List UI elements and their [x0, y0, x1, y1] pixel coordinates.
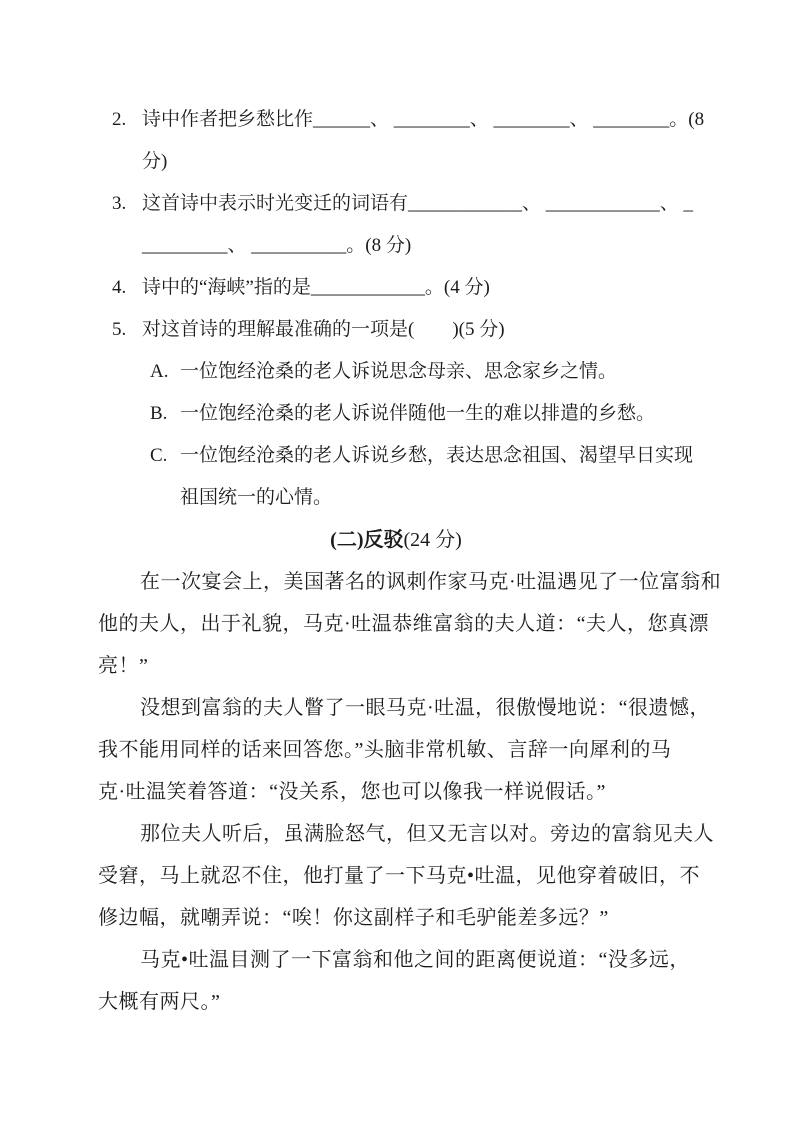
page-content: 2. 诗中作者把乡愁比作______、 ________、 ________、 …: [98, 99, 694, 1023]
question-line: _________、 __________。(8 分): [142, 225, 694, 267]
option-a: A. 一位饱经沧桑的老人诉说思念母亲、思念家乡之情。: [150, 351, 694, 393]
question-3: 3. 这首诗中表示时光变迁的词语有____________、 _________…: [112, 183, 694, 267]
passage-line: 修边幅，就嘲弄说：“唉！你这副样子和毛驴能差多远？”: [98, 897, 694, 939]
reading-passage: 在一次宴会上，美国著名的讽刺作家马克·吐温遇见了一位富翁和 他的夫人，出于礼貌，…: [98, 561, 694, 1023]
passage-paragraph: 马克•吐温目测了一下富翁和他之间的距离便说道：“没多远， 大概有两尺。”: [98, 939, 694, 1023]
question-body: 诗中的“海峡”指的是____________。(4 分): [142, 267, 694, 309]
question-line: 诗中的“海峡”指的是____________。(4 分): [142, 267, 694, 309]
section-heading-title: (二)反驳: [330, 529, 403, 551]
option-letter: B.: [150, 393, 180, 435]
question-line: 对这首诗的理解最准确的一项是( )(5 分): [142, 309, 694, 351]
option-letter: A.: [150, 351, 180, 393]
passage-paragraph: 那位夫人听后，虽满脸怒气，但又无言以对。旁边的富翁见夫人 受窘，马上就忍不住，他…: [98, 813, 694, 939]
option-c: C. 一位饱经沧桑的老人诉说乡愁，表达思念祖国、渴望早日实现 祖国统一的心情。: [150, 435, 694, 519]
option-line: 一位饱经沧桑的老人诉说思念母亲、思念家乡之情。: [180, 351, 694, 393]
passage-line: 在一次宴会上，美国著名的讽刺作家马克·吐温遇见了一位富翁和: [98, 561, 694, 603]
passage-line: 大概有两尺。”: [98, 981, 694, 1023]
passage-paragraph: 没想到富翁的夫人瞥了一眼马克·吐温，很傲慢地说：“很遗憾， 我不能用同样的话来回…: [98, 687, 694, 813]
question-number: 4.: [112, 267, 142, 309]
question-number: 2.: [112, 99, 142, 141]
passage-line: 没想到富翁的夫人瞥了一眼马克·吐温，很傲慢地说：“很遗憾，: [98, 687, 694, 729]
section-heading: (二)反驳(24 分): [98, 519, 694, 561]
option-letter: C.: [150, 435, 180, 477]
worksheet-page: 2. 诗中作者把乡愁比作______、 ________、 ________、 …: [0, 0, 793, 1122]
option-b: B. 一位饱经沧桑的老人诉说伴随他一生的难以排遣的乡愁。: [150, 393, 694, 435]
option-line: 一位饱经沧桑的老人诉说伴随他一生的难以排遣的乡愁。: [180, 393, 694, 435]
passage-paragraph: 在一次宴会上，美国著名的讽刺作家马克·吐温遇见了一位富翁和 他的夫人，出于礼貌，…: [98, 561, 694, 687]
option-line: 一位饱经沧桑的老人诉说乡愁，表达思念祖国、渴望早日实现: [180, 435, 694, 477]
question-list: 2. 诗中作者把乡愁比作______、 ________、 ________、 …: [112, 99, 694, 519]
question-number: 5.: [112, 309, 142, 351]
option-body: 一位饱经沧桑的老人诉说思念母亲、思念家乡之情。: [180, 351, 694, 393]
question-2: 2. 诗中作者把乡愁比作______、 ________、 ________、 …: [112, 99, 694, 183]
question-line: 诗中作者把乡愁比作______、 ________、 ________、 ___…: [142, 99, 694, 141]
passage-line: 马克•吐温目测了一下富翁和他之间的距离便说道：“没多远，: [98, 939, 694, 981]
passage-line: 他的夫人，出于礼貌，马克·吐温恭维富翁的夫人道：“夫人，您真漂: [98, 603, 694, 645]
option-body: 一位饱经沧桑的老人诉说伴随他一生的难以排遣的乡愁。: [180, 393, 694, 435]
option-line: 祖国统一的心情。: [180, 477, 694, 519]
question-4: 4. 诗中的“海峡”指的是____________。(4 分): [112, 267, 694, 309]
passage-line: 亮！”: [98, 645, 694, 687]
question-line: 这首诗中表示时光变迁的词语有____________、 ____________…: [142, 183, 694, 225]
passage-line: 我不能用同样的话来回答您。”头脑非常机敏、言辞一向犀利的马: [98, 729, 694, 771]
question-line: 分): [142, 141, 694, 183]
passage-line: 克·吐温笑着答道：“没关系，您也可以像我一样说假话。”: [98, 771, 694, 813]
passage-line: 那位夫人听后，虽满脸怒气，但又无言以对。旁边的富翁见夫人: [98, 813, 694, 855]
section-heading-score: (24 分): [404, 529, 462, 551]
passage-line: 受窘，马上就忍不住，他打量了一下马克•吐温，见他穿着破旧，不: [98, 855, 694, 897]
option-body: 一位饱经沧桑的老人诉说乡愁，表达思念祖国、渴望早日实现 祖国统一的心情。: [180, 435, 694, 519]
question-body: 对这首诗的理解最准确的一项是( )(5 分): [142, 309, 694, 351]
question-body: 这首诗中表示时光变迁的词语有____________、 ____________…: [142, 183, 694, 267]
question-body: 诗中作者把乡愁比作______、 ________、 ________、 ___…: [142, 99, 694, 183]
question-5: 5. 对这首诗的理解最准确的一项是( )(5 分): [112, 309, 694, 351]
question-number: 3.: [112, 183, 142, 225]
